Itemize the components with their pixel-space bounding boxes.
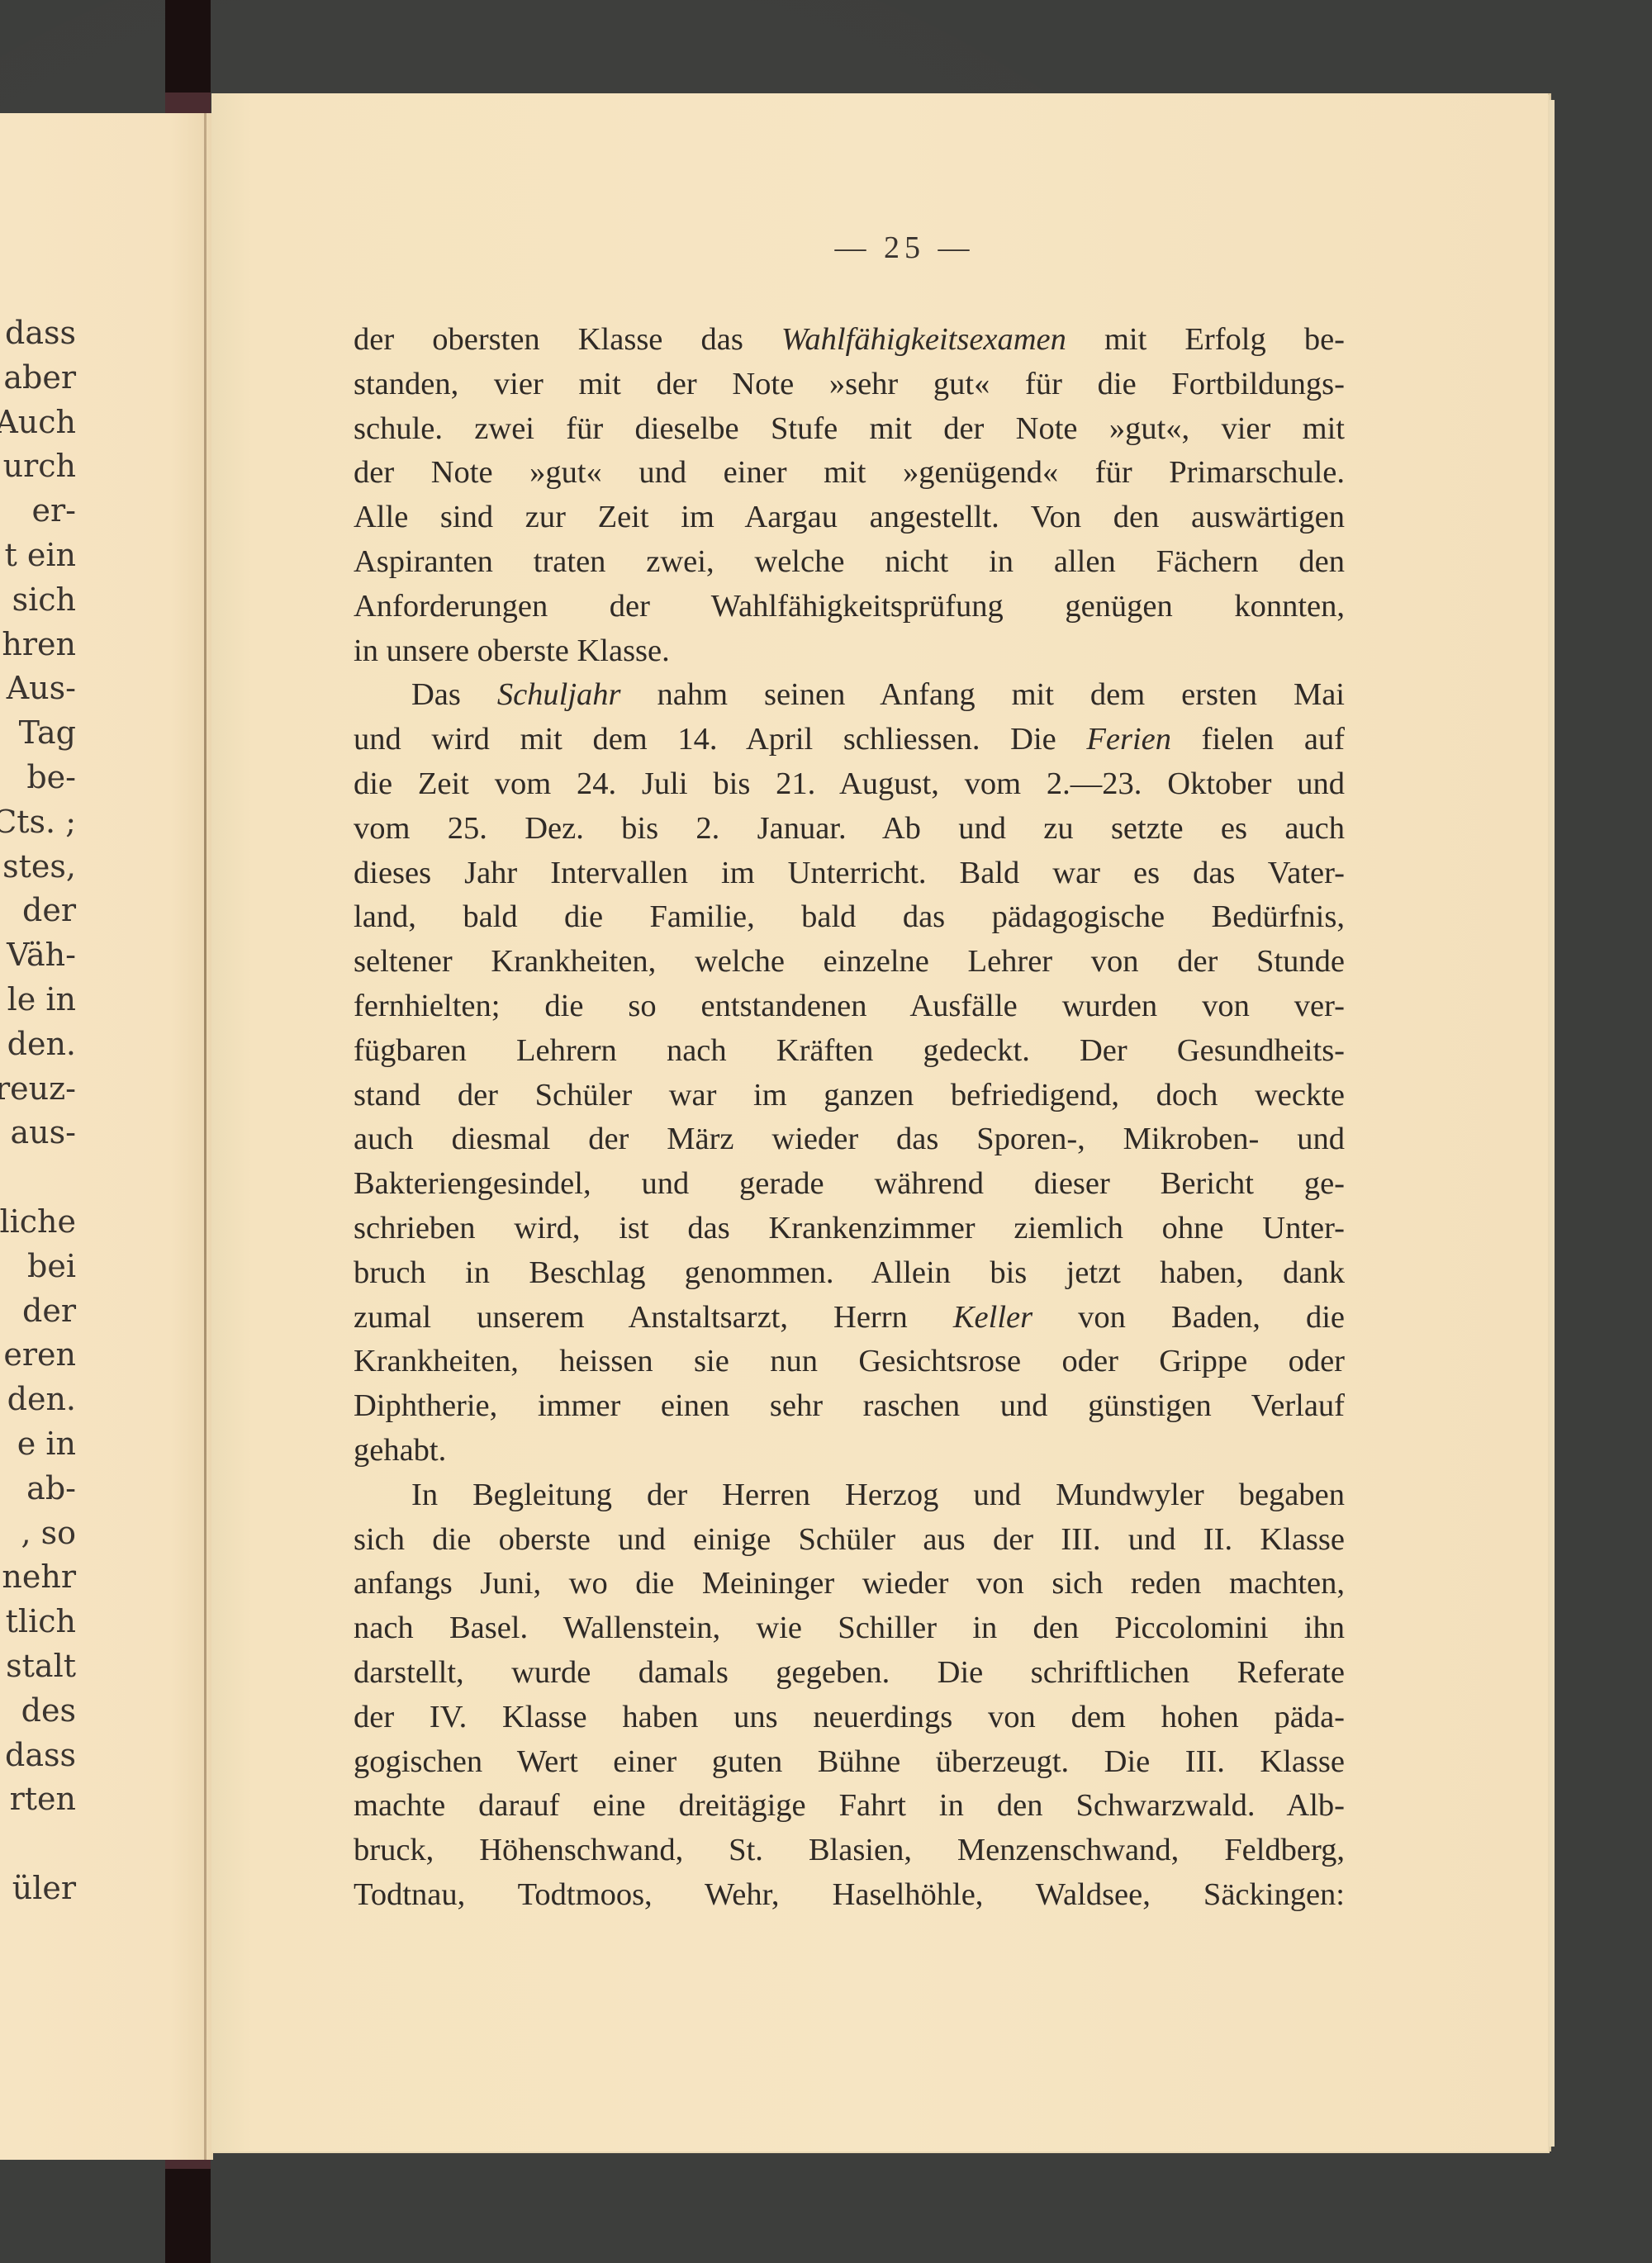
text-line: die Zeit vom 24. Juli bis 21. August, vo… — [354, 762, 1345, 807]
text-line: schrieben wird, ist das Krankenzimmer zi… — [354, 1207, 1345, 1251]
text-run: schule. zwei für dieselbe Stufe mit der … — [354, 411, 1345, 446]
text-line: der obersten Klasse das Wahlfähigkeitsex… — [354, 318, 1345, 363]
text-line: Anforderungen der Wahlfähigkeitsprüfung … — [354, 585, 1345, 629]
left-page-line-fragment: Cts. ; — [0, 800, 76, 845]
text-run: Das — [411, 677, 497, 712]
text-run: der Note »gut« und einer mit »genügend« … — [354, 455, 1345, 490]
text-line: gehabt. — [354, 1429, 1345, 1473]
left-page-line-fragment: stes, — [0, 845, 76, 890]
text-line: Alle sind zur Zeit im Aargau angestellt.… — [354, 496, 1345, 540]
left-page-line-fragment: reuz- — [0, 1067, 76, 1112]
spine-headband-top — [165, 93, 211, 114]
text-line: Bakteriengesindel, und gerade während di… — [354, 1162, 1345, 1207]
body-text: der obersten Klasse das Wahlfähigkeitsex… — [354, 318, 1345, 1918]
text-run: seltener Krankheiten, welche einzelne Le… — [354, 944, 1345, 979]
left-page-line-fragment: rten — [0, 1777, 76, 1822]
left-page-line-fragment: Tag — [0, 711, 76, 756]
text-run: gehabt. — [354, 1433, 446, 1468]
text-run: stand der Schüler war im ganzen befriedi… — [354, 1078, 1345, 1113]
page-edge-stack — [1550, 100, 1555, 2147]
left-page-line-fragment: eren — [0, 1333, 76, 1378]
left-page-line-fragment — [0, 1155, 76, 1200]
right-page: — 25 — der obersten Klasse das Wahlfähig… — [211, 93, 1548, 2152]
left-page-line-fragment: dass — [0, 1734, 76, 1778]
text-run: anfangs Juni, wo die Meininger wieder vo… — [354, 1566, 1345, 1601]
text-run: Krankheiten, heissen sie nun Gesichtsros… — [354, 1344, 1345, 1378]
text-run: mit Erfolg be- — [1066, 322, 1345, 357]
text-line: stand der Schüler war im ganzen befriedi… — [354, 1074, 1345, 1118]
left-page-line-fragment: des — [0, 1689, 76, 1734]
left-page-line-fragment: stalt — [0, 1644, 76, 1689]
left-page-line-fragment: ab- — [0, 1467, 76, 1511]
emphasized-term: Ferien — [1086, 722, 1171, 757]
text-run: land, bald die Familie, bald das pädagog… — [354, 899, 1345, 934]
text-line: darstellt, wurde damals gegeben. Die sch… — [354, 1651, 1345, 1696]
text-line: nach Basel. Wallenstein, wie Schiller in… — [354, 1606, 1345, 1651]
text-line: bruch in Beschlag genommen. Allein bis j… — [354, 1251, 1345, 1296]
left-page-line-fragment: dass — [0, 311, 76, 356]
text-run: dieses Jahr Intervallen im Unterricht. B… — [354, 856, 1345, 890]
left-page-line-fragment: nehr — [0, 1555, 76, 1600]
left-page-line-fragment: liche — [0, 1200, 76, 1245]
text-line: auch diesmal der März wieder das Sporen-… — [354, 1117, 1345, 1162]
text-run: standen, vier mit der Note »sehr gut« fü… — [354, 367, 1345, 401]
emphasized-term: Wahlfähigkeitsexamen — [781, 322, 1066, 357]
text-run: Anforderungen der Wahlfähigkeitsprüfung … — [354, 589, 1345, 624]
text-run: zumal unserem Anstaltsarzt, Herrn — [354, 1300, 953, 1335]
text-line: seltener Krankheiten, welche einzelne Le… — [354, 940, 1345, 984]
left-page-line-fragment: bei — [0, 1245, 76, 1289]
emphasized-term: Schuljahr — [497, 677, 621, 712]
left-page-line-fragment: der — [0, 1289, 76, 1334]
text-run: bruch in Beschlag genommen. Allein bis j… — [354, 1255, 1345, 1290]
text-line: standen, vier mit der Note »sehr gut« fü… — [354, 363, 1345, 407]
left-page-text-fragments: dassaberAuchurcher-t einsichhrenAus-Tagb… — [0, 311, 76, 1911]
text-run: schrieben wird, ist das Krankenzimmer zi… — [354, 1211, 1345, 1245]
page-number: — 25 — — [211, 230, 1573, 266]
text-line: fernhielten; die so entstandenen Ausfäll… — [354, 984, 1345, 1029]
left-page-line-fragment: sich — [0, 578, 76, 623]
left-page-line-fragment: be- — [0, 756, 76, 800]
text-run: der obersten Klasse das — [354, 322, 781, 357]
text-line: Krankheiten, heissen sie nun Gesichtsros… — [354, 1340, 1345, 1384]
text-run: und wird mit dem 14. April schliessen. D… — [354, 722, 1086, 757]
text-line: der IV. Klasse haben uns neuerdings von … — [354, 1696, 1345, 1740]
text-run: Bakteriengesindel, und gerade während di… — [354, 1166, 1345, 1201]
text-line: dieses Jahr Intervallen im Unterricht. B… — [354, 852, 1345, 896]
text-run: fügbaren Lehrern nach Kräften gedeckt. D… — [354, 1033, 1345, 1068]
text-line: in unsere oberste Klasse. — [354, 629, 1345, 674]
text-run: bruck, Höhenschwand, St. Blasien, Menzen… — [354, 1833, 1345, 1867]
text-run: der IV. Klasse haben uns neuerdings von … — [354, 1700, 1345, 1734]
text-line: anfangs Juni, wo die Meininger wieder vo… — [354, 1562, 1345, 1606]
text-run: die Zeit vom 24. Juli bis 21. August, vo… — [354, 766, 1345, 801]
text-line: In Begleitung der Herren Herzog und Mund… — [354, 1473, 1345, 1518]
text-run: fernhielten; die so entstandenen Ausfäll… — [354, 989, 1345, 1023]
left-page-line-fragment: hren — [0, 623, 76, 667]
left-page-line-fragment: Väh- — [0, 933, 76, 978]
text-run: Todtnau, Todtmoos, Wehr, Haselhöhle, Wal… — [354, 1877, 1345, 1912]
text-line: Das Schuljahr nahm seinen Anfang mit dem… — [354, 673, 1345, 718]
text-line: fügbaren Lehrern nach Kräften gedeckt. D… — [354, 1029, 1345, 1074]
left-page-line-fragment: den. — [0, 1378, 76, 1422]
left-page-line-fragment: der — [0, 889, 76, 933]
text-run: Alle sind zur Zeit im Aargau angestellt.… — [354, 500, 1345, 534]
text-run: in unsere oberste Klasse. — [354, 633, 670, 668]
text-run: vom 25. Dez. bis 2. Januar. Ab und zu se… — [354, 811, 1345, 846]
text-run: nach Basel. Wallenstein, wie Schiller in… — [354, 1611, 1345, 1645]
left-page-line-fragment: le in — [0, 978, 76, 1022]
left-page-line-fragment: Auch — [0, 401, 76, 445]
emphasized-term: Keller — [953, 1300, 1032, 1335]
text-line: gogischen Wert einer guten Bühne überzeu… — [354, 1740, 1345, 1785]
left-page-line-fragment: aus- — [0, 1111, 76, 1155]
text-run: von Baden, die — [1032, 1300, 1345, 1335]
text-line: sich die oberste und einige Schüler aus … — [354, 1518, 1345, 1563]
text-run: In Begleitung der Herren Herzog und Mund… — [411, 1478, 1345, 1512]
text-run: fielen auf — [1171, 722, 1345, 757]
left-page-line-fragment: tlich — [0, 1600, 76, 1644]
text-line: land, bald die Familie, bald das pädagog… — [354, 895, 1345, 940]
text-line: bruck, Höhenschwand, St. Blasien, Menzen… — [354, 1829, 1345, 1873]
text-run: Diphtherie, immer einen sehr raschen und… — [354, 1388, 1345, 1423]
text-line: zumal unserem Anstaltsarzt, Herrn Keller… — [354, 1296, 1345, 1340]
left-page-line-fragment: t ein — [0, 534, 76, 578]
text-line: der Note »gut« und einer mit »genügend« … — [354, 451, 1345, 496]
left-page-line-fragment — [0, 1822, 76, 1867]
text-run: auch diesmal der März wieder das Sporen-… — [354, 1122, 1345, 1156]
left-page-line-fragment: , so — [0, 1511, 76, 1556]
left-page-line-fragment: e in — [0, 1422, 76, 1467]
left-page: dassaberAuchurcher-t einsichhrenAus-Tagb… — [0, 113, 213, 2160]
text-run: Aspiranten traten zwei, welche nicht in … — [354, 544, 1345, 579]
left-page-line-fragment: Aus- — [0, 667, 76, 711]
left-page-line-fragment: üler — [0, 1867, 76, 1911]
left-page-line-fragment: den. — [0, 1022, 76, 1067]
text-run: darstellt, wurde damals gegeben. Die sch… — [354, 1655, 1345, 1690]
left-page-line-fragment: urch — [0, 444, 76, 489]
text-line: Diphtherie, immer einen sehr raschen und… — [354, 1384, 1345, 1429]
left-page-line-fragment: er- — [0, 489, 76, 534]
text-line: vom 25. Dez. bis 2. Januar. Ab und zu se… — [354, 807, 1345, 852]
left-page-line-fragment: aber — [0, 356, 76, 401]
text-run: machte darauf eine dreitägige Fahrt in d… — [354, 1788, 1345, 1823]
text-line: schule. zwei für dieselbe Stufe mit der … — [354, 407, 1345, 452]
text-run: nahm seinen Anfang mit dem ersten Mai — [621, 677, 1345, 712]
text-line: und wird mit dem 14. April schliessen. D… — [354, 718, 1345, 762]
left-page-gutter — [204, 113, 206, 2160]
text-run: gogischen Wert einer guten Bühne überzeu… — [354, 1744, 1345, 1779]
text-line: Todtnau, Todtmoos, Wehr, Haselhöhle, Wal… — [354, 1873, 1345, 1918]
text-run: sich die oberste und einige Schüler aus … — [354, 1522, 1345, 1557]
text-line: machte darauf eine dreitägige Fahrt in d… — [354, 1784, 1345, 1829]
text-line: Aspiranten traten zwei, welche nicht in … — [354, 540, 1345, 585]
